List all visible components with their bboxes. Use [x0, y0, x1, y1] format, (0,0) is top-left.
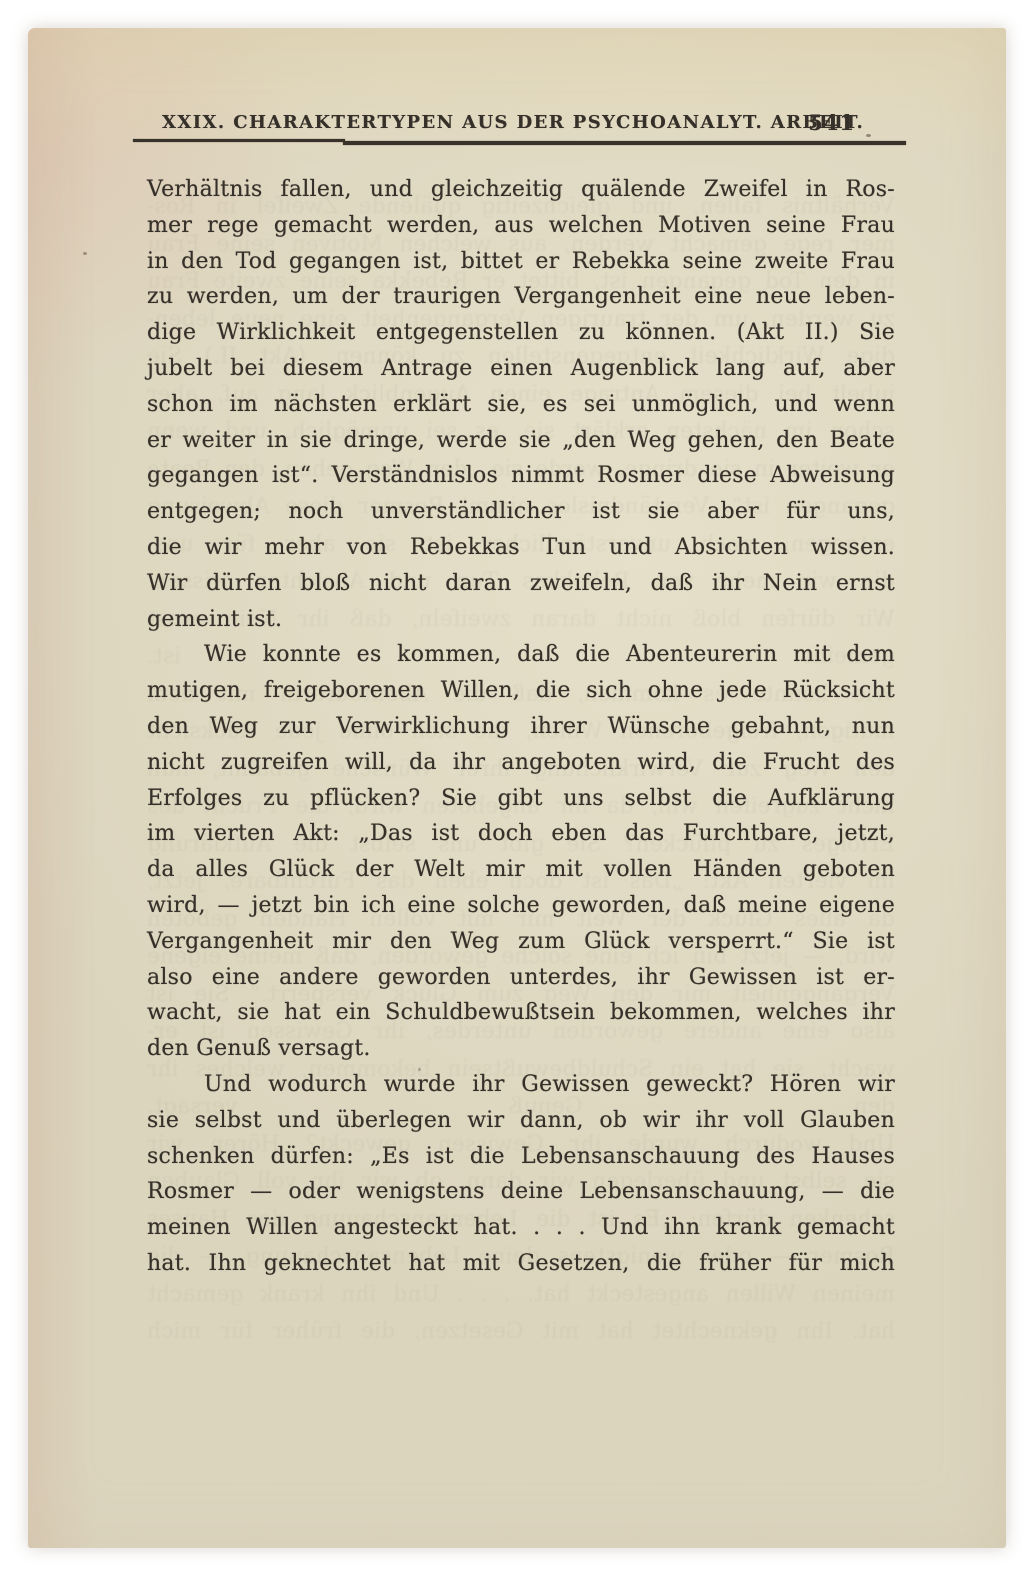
- text-line: zu werden, um der traurigen Vergangenhei…: [147, 279, 895, 315]
- text-line: Wie konnte es kommen, daß die Abenteurer…: [147, 637, 895, 673]
- running-header: XXIX. CHARAKTERTYPEN AUS DER PSYCHOANALY…: [28, 112, 1006, 140]
- paragraph: Wie konnte es kommen, daß die Abenteurer…: [147, 637, 895, 1067]
- text-line: jubelt bei diesem Antrage einen Augenbli…: [147, 351, 895, 387]
- text-line: dige Wirklichkeit entgegenstellen zu kön…: [147, 315, 895, 351]
- text-line: Rosmer — oder wenigstens deine Lebensans…: [147, 1174, 895, 1210]
- text-line: da alles Glück der Welt mir mit vollen H…: [147, 852, 895, 888]
- text-line: Verhältnis fallen, und gleichzeitig quäl…: [147, 172, 895, 208]
- scan-backdrop: { "header": { "title": "XXIX. CHARAKTERT…: [0, 0, 1036, 1581]
- text-line: gemeint ist.: [147, 602, 895, 638]
- paragraph: Verhältnis fallen, und gleichzeitig quäl…: [147, 172, 895, 637]
- text-line: meinen Willen angesteckt hat. . . . Und …: [147, 1210, 895, 1246]
- text-line: im vierten Akt: „Das ist doch eben das F…: [147, 816, 895, 852]
- text-line: schon im nächsten erklärt sie, es sei un…: [147, 387, 895, 423]
- text-line: Und wodurch wurde ihr Gewissen geweckt? …: [147, 1067, 895, 1103]
- text-line: nicht zugreifen will, da ihr angeboten w…: [147, 745, 895, 781]
- text-line: gegangen ist“. Verständnislos nimmt Rosm…: [147, 458, 895, 494]
- book-page: Verhältnis fallen, und gleichzeitig quäl…: [28, 28, 1006, 1548]
- header-rule-right-segment: [343, 141, 906, 145]
- text-line: Wir dürfen bloß nicht daran zweifeln, da…: [147, 566, 895, 602]
- text-line: wird, — jetzt bin ich eine solche geword…: [147, 888, 895, 924]
- text-line: die wir mehr von Rebekkas Tun und Absich…: [147, 530, 895, 566]
- text-line: den Genuß versagt.: [147, 1031, 895, 1067]
- text-line: schenken dürfen: „Es ist die Lebensansch…: [147, 1139, 895, 1175]
- text-line: Erfolges zu pflücken? Sie gibt uns selbs…: [147, 781, 895, 817]
- text-line: den Weg zur Verwirklichung ihrer Wünsche…: [147, 709, 895, 745]
- header-rule-left-segment: [133, 139, 345, 142]
- ink-speck: [83, 252, 87, 255]
- text-line: entgegen; noch unverständlicher ist sie …: [147, 494, 895, 530]
- text-line: hat. Ihn geknechtet hat mit Gesetzen, di…: [147, 1246, 895, 1282]
- text-line: in den Tod gegangen ist, bittet er Rebek…: [147, 244, 895, 280]
- page-number: 541: [808, 110, 855, 135]
- body-text: Verhältnis fallen, und gleichzeitig quäl…: [147, 172, 895, 1282]
- text-line: Vergangenheit mir den Weg zum Glück vers…: [147, 924, 895, 960]
- text-line: also eine andere geworden unterdes, ihr …: [147, 960, 895, 996]
- running-title: XXIX. CHARAKTERTYPEN AUS DER PSYCHOANALY…: [162, 112, 864, 133]
- paragraph: Und wodurch wurde ihr Gewissen geweckt? …: [147, 1067, 895, 1282]
- text-line: wacht, sie hat ein Schuldbewußtsein beko…: [147, 995, 895, 1031]
- text-line: sie selbst und überlegen wir dann, ob wi…: [147, 1103, 895, 1139]
- text-line: er weiter in sie dringe, werde sie „den …: [147, 423, 895, 459]
- text-line: mutigen, freigeborenen Willen, die sich …: [147, 673, 895, 709]
- text-line: mer rege gemacht werden, aus welchen Mot…: [147, 208, 895, 244]
